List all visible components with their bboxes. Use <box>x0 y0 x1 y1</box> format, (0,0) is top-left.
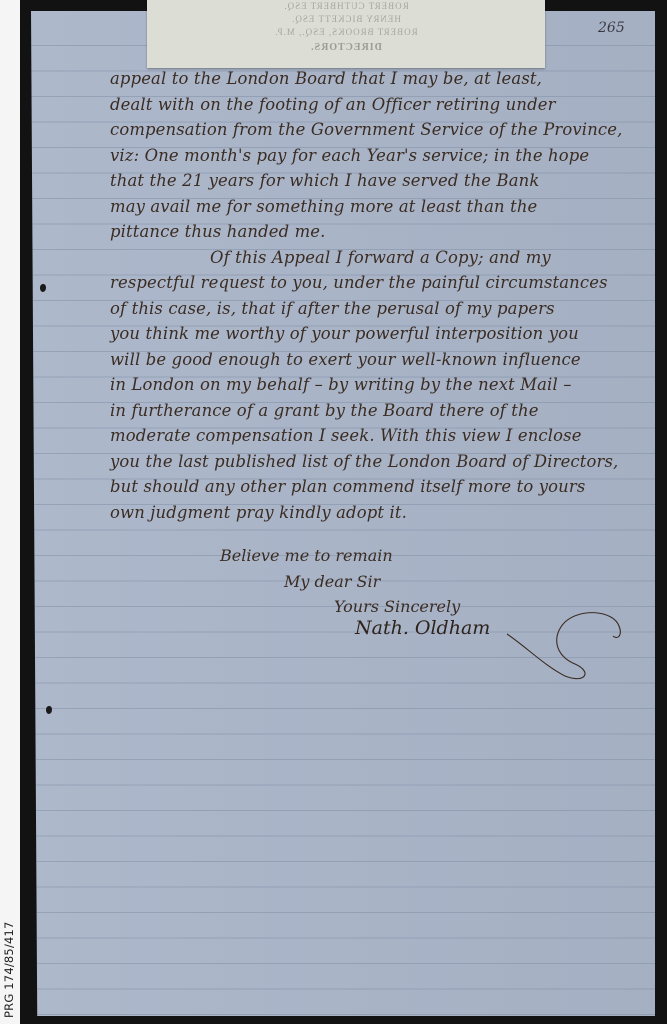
letter-line: appeal to the London Board that I may be… <box>110 66 650 92</box>
letter-line: that the 21 years for which I have serve… <box>110 168 650 194</box>
letter-line: you think me worthy of your powerful int… <box>110 321 650 347</box>
letter-line: you the last published list of the Londo… <box>110 449 650 475</box>
closing-believe: Believe me to remain <box>220 546 393 565</box>
archive-margin: PRG 174/85/417 <box>0 0 20 1024</box>
letter-line: pittance thus handed me. <box>110 219 650 245</box>
pasted-clipping: Robert Cuthbert Esq. Henry Bickett Esq. … <box>147 0 545 68</box>
closing-yours: Yours Sincerely <box>334 597 460 616</box>
clipping-line: Robert Cuthbert Esq. <box>147 0 545 13</box>
letter-line: of this case, is, that if after the peru… <box>110 296 650 322</box>
archive-reference-label: PRG 174/85/417 <box>2 921 16 1018</box>
letter-line: compensation from the Government Service… <box>110 117 650 143</box>
page-number: 265 <box>598 20 625 36</box>
letter-line: may avail me for something more at least… <box>110 194 650 220</box>
letter-line: viz: One month's pay for each Year's ser… <box>110 143 650 169</box>
letter-line: dealt with on the footing of an Officer … <box>110 92 650 118</box>
letter-line: in furtherance of a grant by the Board t… <box>110 398 650 424</box>
signature-flourish-icon <box>505 606 625 686</box>
letter-line: but should any other plan commend itself… <box>110 474 650 500</box>
clipping-line: Henry Bickett Esq. <box>147 13 545 26</box>
letter-line: Of this Appeal I forward a Copy; and my <box>110 245 650 271</box>
letter-line: own judgment pray kindly adopt it. <box>110 500 650 526</box>
closing-salutation: My dear Sir <box>284 572 380 591</box>
signature: Nath. Oldham <box>355 617 490 639</box>
letter-line: moderate compensation I seek. With this … <box>110 423 650 449</box>
letter-line: will be good enough to exert your well-k… <box>110 347 650 373</box>
clipping-line: Directors. <box>147 41 545 54</box>
clipping-line: Robert Brooks, Esq., M.P. <box>147 26 545 39</box>
letter-body: appeal to the London Board that I may be… <box>110 66 650 525</box>
letter-line: respectful request to you, under the pai… <box>110 270 650 296</box>
letter-line: in London on my behalf – by writing by t… <box>110 372 650 398</box>
